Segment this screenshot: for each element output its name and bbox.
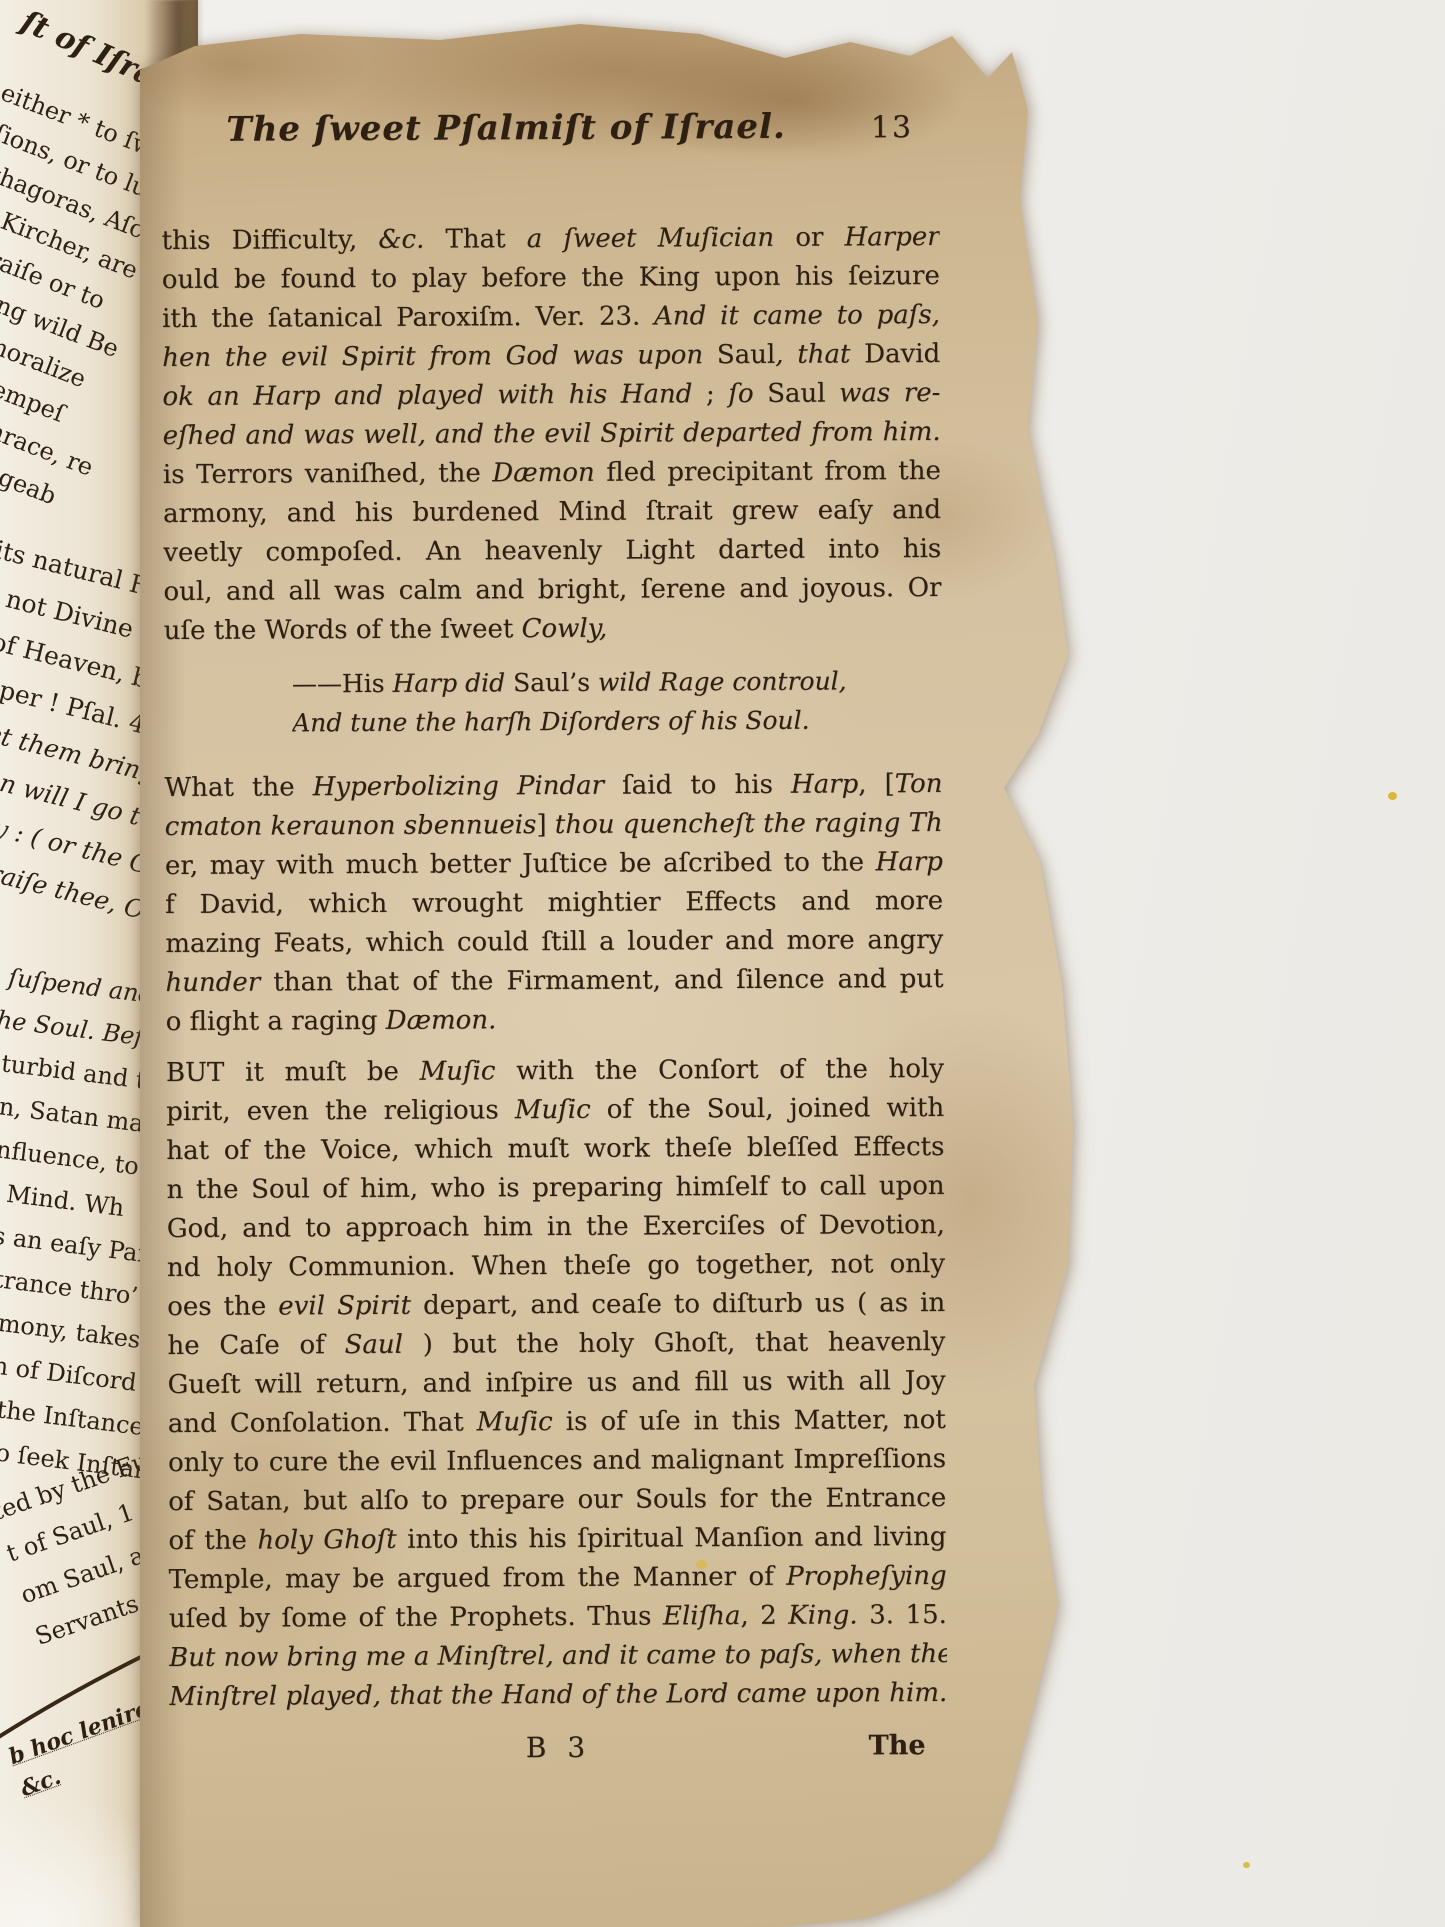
text-line: hat of the Voice, which muſt work theſe … <box>166 1128 944 1171</box>
text-line: this Difficulty, &c. That a ſweet Muſici… <box>162 218 940 261</box>
signature-mark: B 3 <box>526 1731 591 1764</box>
body-paragraphs: this Difficulty, &c. That a ſweet Muſici… <box>162 218 948 1717</box>
text-line: f David, which wrought mightier Effects … <box>165 882 943 925</box>
text-line: mazing Feats, which could ſtill a louder… <box>165 921 943 964</box>
text-line: uſe the Words of the ſweet Cowly, <box>164 608 942 651</box>
paper-speck <box>1243 1862 1250 1868</box>
paper-speck <box>1388 792 1397 800</box>
text-line: and Conſolation. That Muſic is of uſe in… <box>168 1401 946 1444</box>
text-line: But now bring me a Minſtrel, and it came… <box>169 1635 947 1678</box>
text-line: he Caſe of Saul ) but the holy Ghoſt, th… <box>167 1323 945 1366</box>
right-page: The ſweet Pſalmiſt of Iſrael. 13 this Di… <box>140 0 1140 1927</box>
text-line: o flight a raging Dæmon. <box>166 999 944 1042</box>
text-line: BUT it muſt be Muſic with the Conſort of… <box>166 1050 944 1093</box>
text-line: armony, and his burdened Mind ſtrait gre… <box>163 491 941 534</box>
text-line: of the holy Ghoſt into this his ſpiritua… <box>168 1518 946 1561</box>
paragraph: this Difficulty, &c. That a ſweet Muſici… <box>162 218 942 651</box>
text-line: What the Hyperbolizing Pindar ſaid to hi… <box>164 765 942 808</box>
text-line: God, and to approach him in the Exerciſe… <box>167 1206 945 1249</box>
page-header: The ſweet Pſalmiſt of Iſrael. 13 <box>161 106 939 162</box>
text-line: ok an Harp and played with his Hand ; ſo… <box>162 374 940 417</box>
photo-backdrop: ſt of Iſrael. eys ; either * to ſweler P… <box>0 0 1445 1927</box>
text-line: ith the ſatanical Paroxiſm. Ver. 23. And… <box>162 296 940 339</box>
text-line: ——His Harp did Saul’s wild Rage controul… <box>292 661 942 703</box>
right-page-paper: The ſweet Pſalmiſt of Iſrael. 13 this Di… <box>140 0 1140 1927</box>
text-line: of Satan, but alſo to prepare our Souls … <box>168 1479 946 1522</box>
verse-quote: ——His Harp did Saul’s wild Rage controul… <box>292 661 942 742</box>
text-line: hunder than that of the Firmament, and ſ… <box>165 960 943 1003</box>
text-line: only to cure the evil Influences and mal… <box>168 1440 946 1483</box>
text-line: oul, and all was calm and bright, ſerene… <box>163 569 941 612</box>
text-line: pirit, even the religious Muſic of the S… <box>166 1089 944 1132</box>
paragraph: What the Hyperbolizing Pindar ſaid to hi… <box>164 765 943 1042</box>
text-line: uſed by ſome of the Prophets. Thus Eliſh… <box>169 1596 947 1639</box>
text-line: hen the evil Spirit from God was upon Sa… <box>162 335 940 378</box>
text-line: cmaton keraunon sbennueis] thou quencheſ… <box>165 804 943 847</box>
page-title: The ſweet Pſalmiſt of Iſrael. <box>226 107 786 150</box>
text-line: nd holy Communion. When theſe go togethe… <box>167 1245 945 1288</box>
text-line: Minſtrel played, that the Hand of the Lo… <box>169 1674 947 1717</box>
text-line: eſhed and was well, and the evil Spirit … <box>163 413 941 456</box>
text-line: Gueſt will return, and inſpire us and fi… <box>168 1362 946 1405</box>
text-line: veetly compoſed. An heavenly Light darte… <box>163 530 941 573</box>
text-line: is Terrors vaniſhed, the Dæmon fled prec… <box>163 452 941 495</box>
paragraph: BUT it muſt be Muſic with the Conſort of… <box>166 1050 947 1717</box>
signature-row: B 3 The <box>169 1725 947 1771</box>
text-line: ould be found to play before the King up… <box>162 257 940 300</box>
text-line: er, may with much better Juſtice be aſcr… <box>165 843 943 886</box>
page-content: The ſweet Pſalmiſt of Iſrael. 13 this Di… <box>160 0 947 1771</box>
catchword: The <box>869 1725 926 1767</box>
page-number: 13 <box>871 110 913 145</box>
text-line: oes the evil Spirit depart, and ceaſe to… <box>167 1284 945 1327</box>
text-line: And tune the harſh Diſorders of his Soul… <box>292 700 942 742</box>
text-line: Temple, may be argued from the Manner of… <box>169 1557 947 1600</box>
text-line: n the Soul of him, who is preparing himſ… <box>166 1167 944 1210</box>
